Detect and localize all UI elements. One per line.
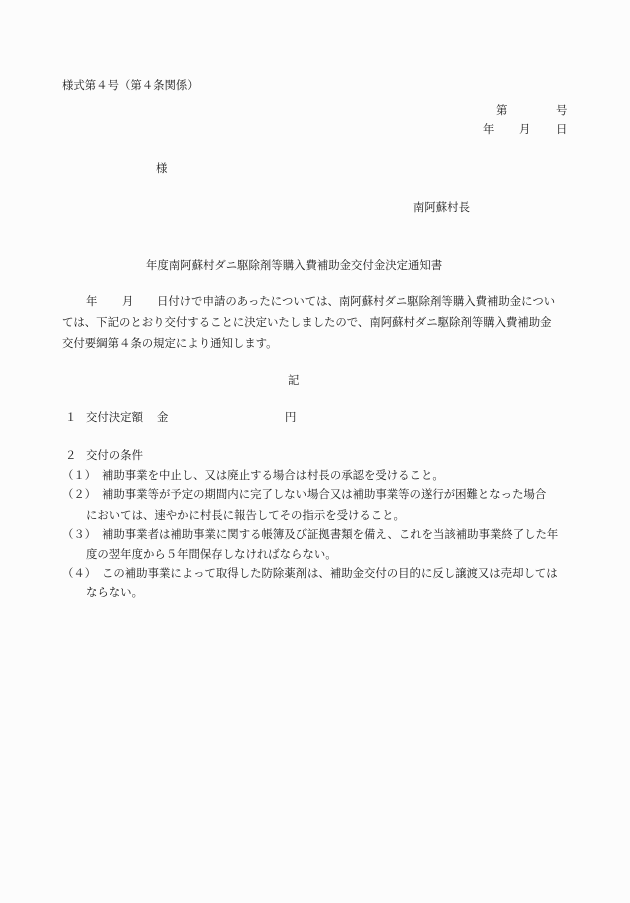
body-line3: 交付要綱第４条の規定により通知します。 (62, 336, 278, 350)
condition-3-text: 補助事業者は補助事業に関する帳簿及び証拠書類を備え、これを当該補助事業終了した年 (102, 527, 558, 541)
item1-amount-prefix: 金 (157, 410, 168, 424)
body-line2: ては、下記のとおり交付することに決定いたしましたので、南阿蘇村ダニ駆除剤等購入費… (62, 315, 552, 329)
condition-1-num: （１） (62, 468, 96, 482)
condition-2-text: 補助事業等が予定の期間内に完了しない場合又は補助事業等の遂行が困難となった場合 (102, 487, 546, 501)
form-label: 様式第４号（第４条関係） (62, 78, 199, 92)
condition-3-cont: 度の翌年度から５年間保存しなければならない。 (86, 547, 337, 561)
condition-3-num: （３） (62, 527, 96, 541)
body-year: 年 (86, 294, 97, 308)
condition-4-cont: ならない。 (86, 585, 143, 599)
date-month: 月 (519, 122, 530, 136)
sender: 南阿蘇村長 (413, 200, 470, 214)
doc-number-suffix: 号 (556, 103, 567, 117)
date-day: 日 (556, 122, 567, 136)
body-month: 月 (122, 294, 133, 308)
addressee-suffix: 様 (156, 161, 167, 175)
body-line1: 日付けで申請のあったについては、南阿蘇村ダニ駆除剤等購入費補助金につい (157, 294, 555, 308)
doc-number-prefix: 第 (496, 103, 507, 117)
document-title: 年度南阿蘇村ダニ駆除剤等購入費補助金交付金決定通知書 (146, 258, 442, 272)
item2-number: ２ (65, 448, 76, 462)
condition-4-num: （４） (62, 566, 96, 580)
item1-number: １ (65, 410, 76, 424)
date-year: 年 (483, 122, 494, 136)
ki-heading: 記 (288, 373, 299, 387)
item2-label: 交付の条件 (86, 448, 143, 462)
item1-amount-unit: 円 (285, 410, 296, 424)
condition-4-text: この補助事業によって取得した防除薬剤は、補助金交付の目的に反し譲渡又は売却しては (102, 566, 558, 580)
condition-1-text: 補助事業を中止し、又は廃止する場合は村長の承認を受けること。 (102, 468, 444, 482)
condition-2-num: （２） (62, 487, 96, 501)
item1-label: 交付決定額 (86, 410, 143, 424)
condition-2-cont: においては、速やかに村長に報告してその指示を受けること。 (86, 508, 405, 522)
